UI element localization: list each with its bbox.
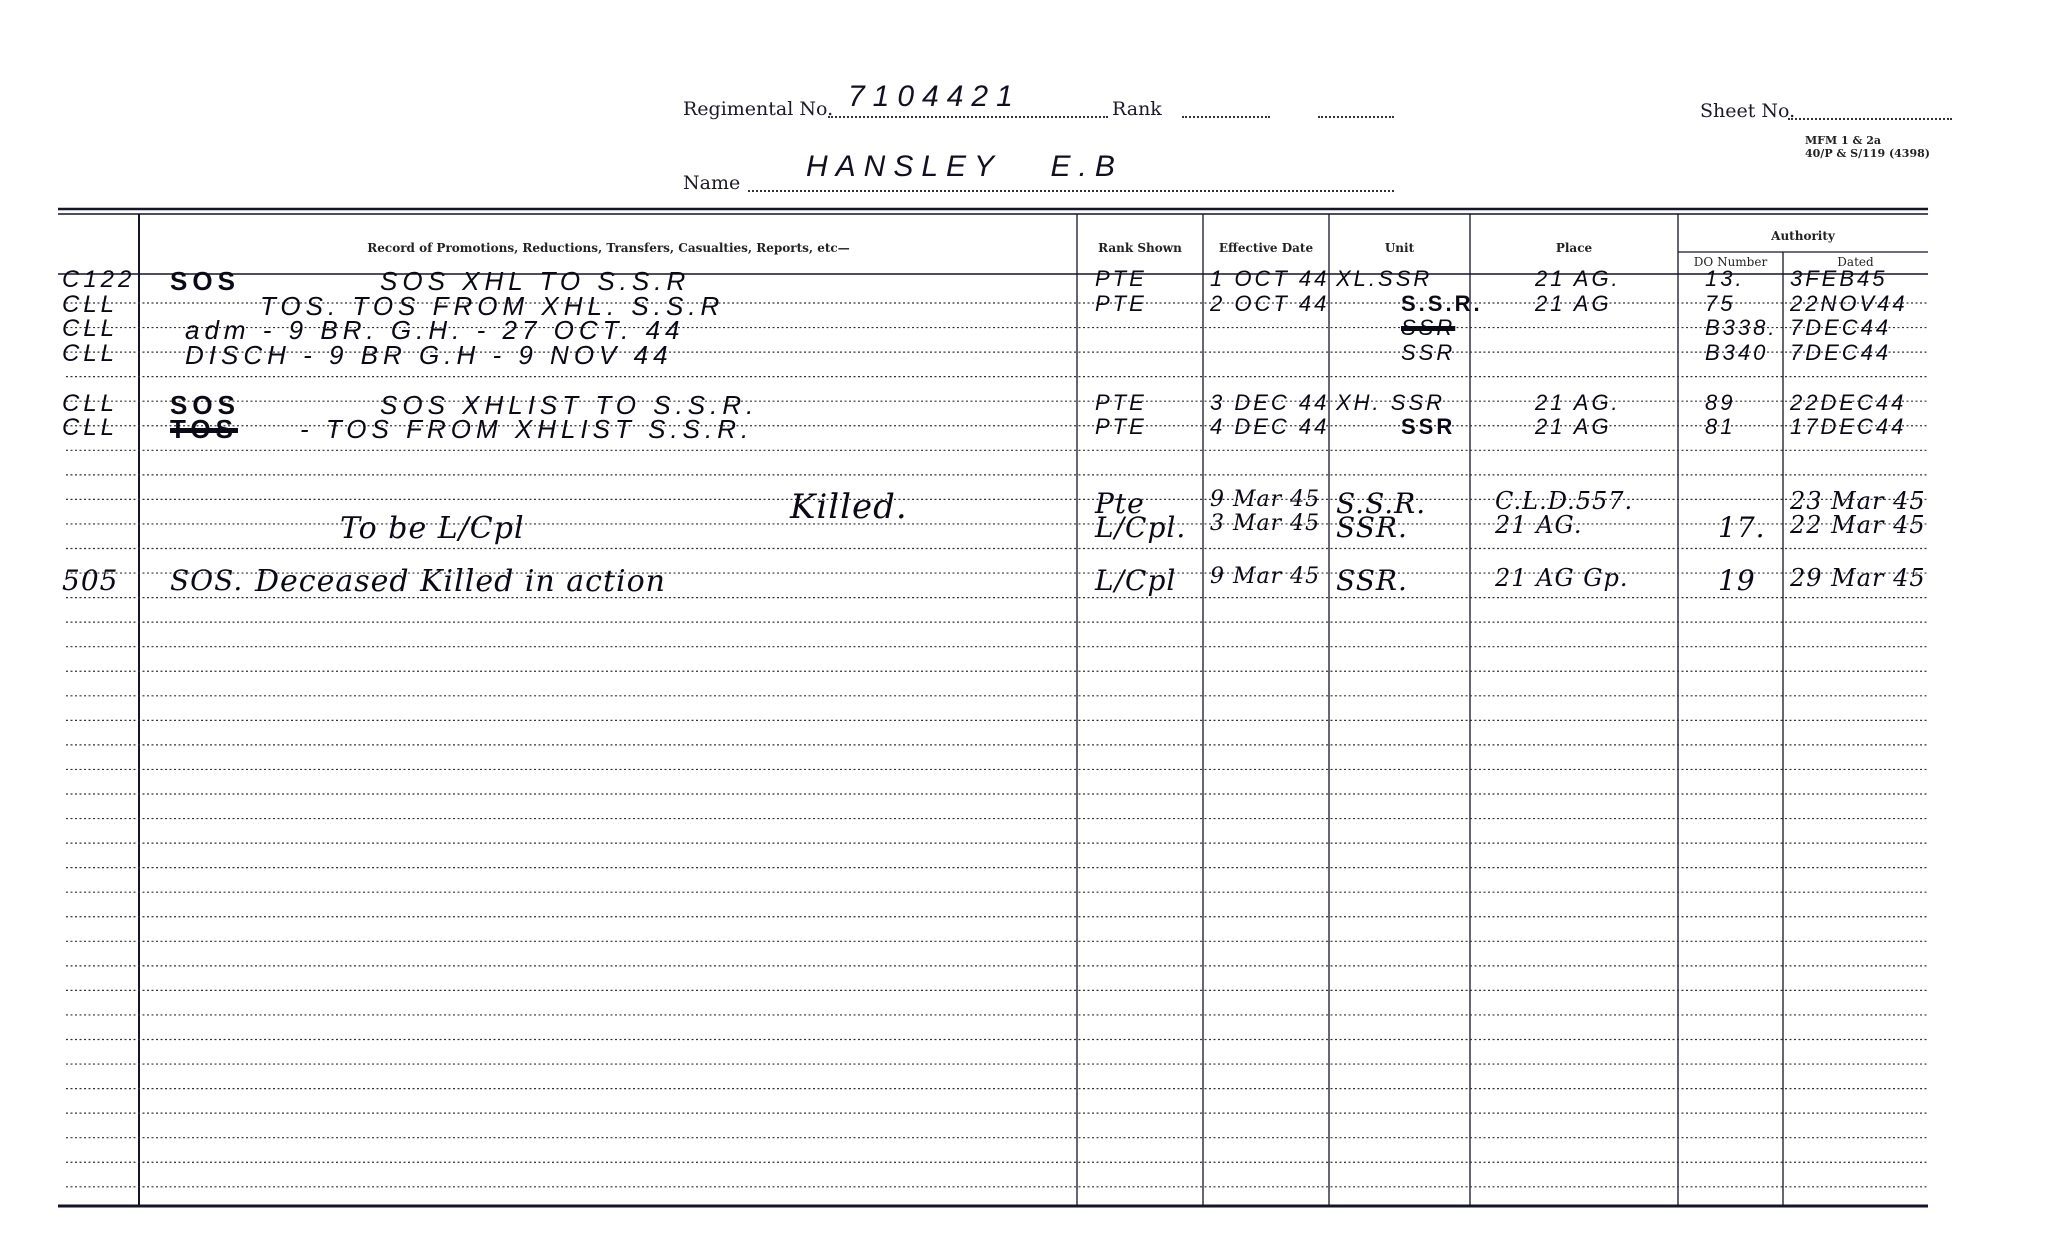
row-unit: SSR: [1401, 340, 1455, 366]
row-do-number: 81: [1705, 414, 1735, 440]
row-dated: 22NOV44: [1790, 291, 1908, 317]
row-effective-date: 4 DEC 44: [1210, 414, 1329, 440]
row-do-number: B338.: [1705, 315, 1778, 341]
form-code-line2: 40/P & S/119 (4398): [1805, 147, 1930, 160]
row-dated: 7DEC44: [1790, 315, 1891, 341]
row-place: 21 AG.: [1535, 266, 1621, 292]
header-unit: Unit: [1329, 241, 1470, 255]
row-record-text: Killed.: [790, 487, 908, 527]
form-code: MFM 1 & 2a 40/P & S/119 (4398): [1805, 134, 1930, 160]
row-code: 505: [62, 564, 118, 597]
row-rank: PTE: [1095, 414, 1147, 440]
row-place: 21 AG: [1535, 414, 1612, 440]
row-do-number: 13.: [1705, 266, 1745, 292]
row-unit: SSR: [1401, 414, 1455, 440]
sheet-no-field[interactable]: [1788, 90, 1952, 120]
rank-field[interactable]: [1182, 88, 1270, 118]
row-effective-date: 9 Mar 45: [1210, 487, 1320, 512]
row-code: CLL: [62, 414, 118, 442]
row-effective-date: 3 DEC 44: [1210, 390, 1329, 416]
row-unit: SSR: [1401, 315, 1455, 341]
row-dated: 17DEC44: [1790, 414, 1906, 440]
row-effective-date: 2 OCT 44: [1210, 291, 1329, 317]
row-rank: PTE: [1095, 266, 1147, 292]
row-unit: SSR.: [1336, 511, 1408, 544]
row-code: CLL: [62, 340, 118, 368]
regimental-no-field[interactable]: 7104421: [828, 88, 1108, 118]
row-dated: 7DEC44: [1790, 340, 1891, 366]
row-do-number: 17.: [1718, 511, 1766, 544]
row-record-type: TOS: [170, 414, 238, 445]
name-field[interactable]: HANSLEY E.B: [748, 162, 1394, 192]
header-record: Record of Promotions, Reductions, Transf…: [140, 241, 1077, 255]
row-do-number: 19: [1718, 564, 1756, 597]
name-value: HANSLEY E.B: [806, 150, 1123, 184]
row-rank: PTE: [1095, 390, 1147, 416]
row-dated: 3FEB45: [1790, 266, 1888, 292]
row-rank: PTE: [1095, 291, 1147, 317]
header-rank-shown: Rank Shown: [1077, 241, 1203, 255]
row-unit: XH. SSR: [1336, 390, 1445, 416]
extra-dotted-field: [1318, 88, 1394, 118]
row-unit: SSR.: [1336, 564, 1408, 597]
row-place: 21 AG.: [1495, 511, 1582, 539]
header-effective-date: Effective Date: [1203, 241, 1329, 255]
row-record-type: SOS: [170, 266, 240, 297]
row-effective-date: 3 Mar 45: [1210, 511, 1320, 536]
row-effective-date: 9 Mar 45: [1210, 564, 1320, 589]
row-place: 21 AG Gp.: [1495, 564, 1628, 592]
row-do-number: 89: [1705, 390, 1735, 416]
form-code-line1: MFM 1 & 2a: [1805, 134, 1930, 147]
row-record-text: - TOS FROM XHLIST S.S.R.: [300, 414, 753, 445]
row-dated: 29 Mar 45: [1790, 564, 1926, 592]
rank-label: Rank: [1112, 98, 1162, 120]
header-place: Place: [1470, 241, 1678, 255]
sheet-no-label: Sheet No.: [1700, 100, 1795, 122]
name-label: Name: [683, 172, 740, 194]
row-dated: 22DEC44: [1790, 390, 1906, 416]
row-do-number: B340: [1705, 340, 1768, 366]
row-record-type: SOS.: [170, 564, 243, 597]
row-dated: 22 Mar 45: [1790, 511, 1926, 539]
row-code: CLL: [62, 315, 118, 343]
row-rank: L/Cpl: [1095, 564, 1176, 597]
row-record-text: To be L/Cpl: [340, 511, 525, 546]
row-code: C122: [62, 266, 135, 294]
row-record-text: DISCH - 9 BR G.H - 9 NOV 44: [185, 340, 673, 371]
row-unit: XL.SSR: [1336, 266, 1432, 292]
row-effective-date: 1 OCT 44: [1210, 266, 1329, 292]
row-do-number: 75: [1705, 291, 1735, 317]
header-authority: Authority: [1678, 229, 1928, 243]
row-place: 21 AG.: [1535, 390, 1621, 416]
row-unit: S.S.R.: [1401, 291, 1483, 317]
row-record-text: Deceased Killed in action: [255, 564, 666, 599]
row-place: 21 AG: [1535, 291, 1612, 317]
row-rank: L/Cpl.: [1095, 511, 1186, 544]
regimental-no-value: 7104421: [848, 80, 1021, 114]
regimental-no-label: Regimental No.: [683, 98, 833, 120]
